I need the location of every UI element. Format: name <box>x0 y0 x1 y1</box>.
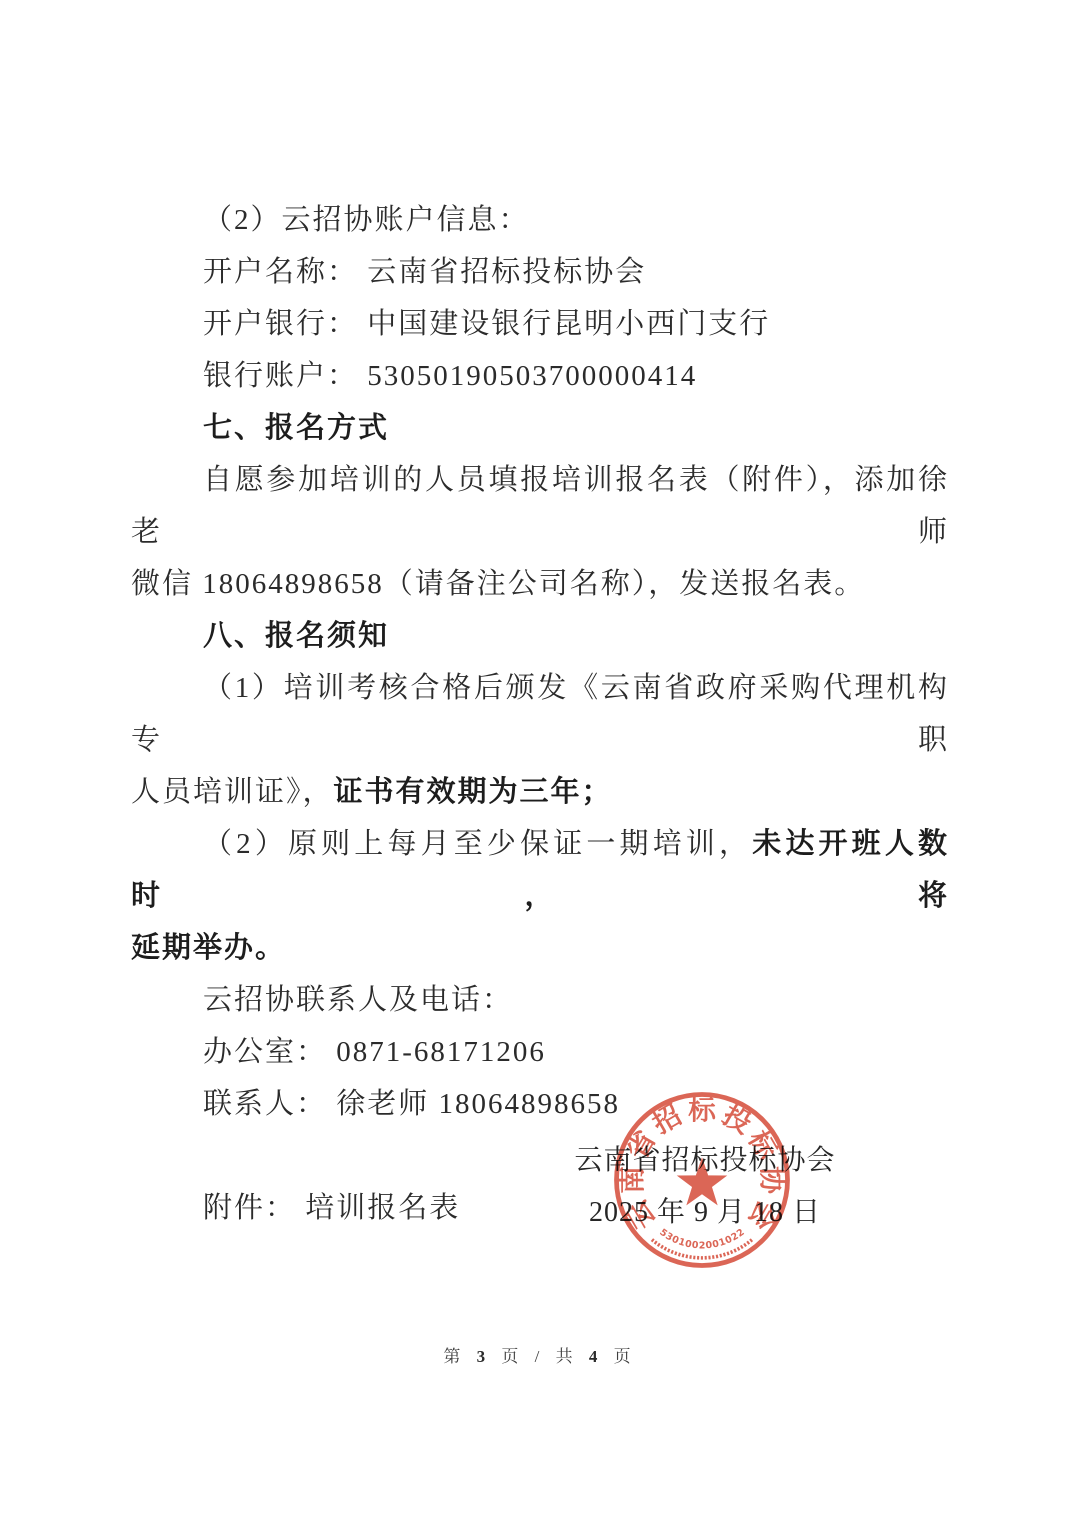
bank-name-line-run: 开户银行： 中国建设银行昆明小西门支行 <box>203 308 770 340</box>
note-1-line2-run: 人员培训证》， <box>131 776 334 808</box>
section-8-heading: 八、报名须知 <box>131 610 949 662</box>
section-7-heading-run: 七、报名方式 <box>203 412 389 444</box>
page-footer-run: 3 <box>477 1347 492 1366</box>
section-8-heading-run: 八、报名须知 <box>203 620 389 652</box>
page-footer-run: 4 <box>589 1347 604 1366</box>
seal-microtext-arc <box>652 1240 752 1258</box>
signature-date: 2025 年 9 月 18 日 <box>545 1187 865 1239</box>
signup-para-line1-run: 自愿参加培训的人员填报培训报名表（附件），添加徐老师 <box>131 464 949 548</box>
page-footer: 第 3 页 / 共 4 页 <box>0 1340 1080 1374</box>
note-2-line1: （2）原则上每月至少保证一期培训，未达开班人数时，将 <box>131 818 949 922</box>
signature-org: 云南省招标投标协会 <box>545 1135 865 1187</box>
signup-para-line2: 微信 18064898658（请备注公司名称），发送报名表。 <box>131 558 949 610</box>
page-footer-run: 第 <box>443 1347 476 1366</box>
contact-person-line: 联系人： 徐老师 18064898658 <box>131 1078 949 1130</box>
seal-code-digit: 2 <box>699 1240 706 1251</box>
section-7-heading: 七、报名方式 <box>131 402 949 454</box>
contact-person-line-run: 联系人： 徐老师 18064898658 <box>203 1088 620 1120</box>
page-footer-run: 页 <box>603 1347 636 1366</box>
attachment-line-run: 附件： 培训报名表 <box>203 1192 460 1224</box>
signature-block: 云南省招标投标协会 2025 年 9 月 18 日 <box>545 1135 865 1239</box>
signup-para-line2-run: 微信 18064898658（请备注公司名称），发送报名表。 <box>131 568 865 600</box>
note-1-line2: 人员培训证》，证书有效期为三年； <box>131 766 949 818</box>
note-1-line2-run: 证书有效期为三年； <box>334 776 613 808</box>
bank-name-line: 开户银行： 中国建设银行昆明小西门支行 <box>131 298 949 350</box>
account-name-line: 开户名称： 云南省招标投标协会 <box>131 246 949 298</box>
account-number-line: 银行账户： 53050190503700000414 <box>131 350 949 402</box>
note-1-line1: （1）培训考核合格后颁发《云南省政府采购代理机构专职 <box>131 662 949 766</box>
contact-heading-line-run: 云招协联系人及电话： <box>203 984 513 1016</box>
account-name-line-run: 开户名称： 云南省招标投标协会 <box>203 256 646 288</box>
office-phone-line-run: 办公室： 0871-68171206 <box>203 1036 546 1068</box>
account-info-label: （2）云招协账户信息： <box>131 194 949 246</box>
note-2-line2: 延期举办。 <box>131 922 949 974</box>
note-1-line1-run: （1）培训考核合格后颁发《云南省政府采购代理机构专职 <box>131 672 949 756</box>
seal-code-digit: 0 <box>705 1240 713 1252</box>
page-footer-run: 页 / 共 <box>491 1347 589 1366</box>
contact-heading-line: 云招协联系人及电话： <box>131 974 949 1026</box>
seal-code-digit: 0 <box>691 1240 699 1252</box>
seal-code-digit: 0 <box>711 1238 720 1250</box>
document-page: （2）云招协账户信息：开户名称： 云南省招标投标协会开户银行： 中国建设银行昆明… <box>0 0 1080 1527</box>
account-number-line-run: 银行账户： 53050190503700000414 <box>203 360 697 392</box>
seal-code-digit: 0 <box>684 1238 693 1250</box>
document-body: （2）云招协账户信息：开户名称： 云南省招标投标协会开户银行： 中国建设银行昆明… <box>131 194 949 1234</box>
account-info-label-run: （2）云招协账户信息： <box>203 204 530 236</box>
office-phone-line: 办公室： 0871-68171206 <box>131 1026 949 1078</box>
note-2-line2-run: 延期举办。 <box>131 932 286 964</box>
note-2-line1-run: （2）原则上每月至少保证一期培训， <box>203 828 752 860</box>
signup-para-line1: 自愿参加培训的人员填报培训报名表（附件），添加徐老师 <box>131 454 949 558</box>
